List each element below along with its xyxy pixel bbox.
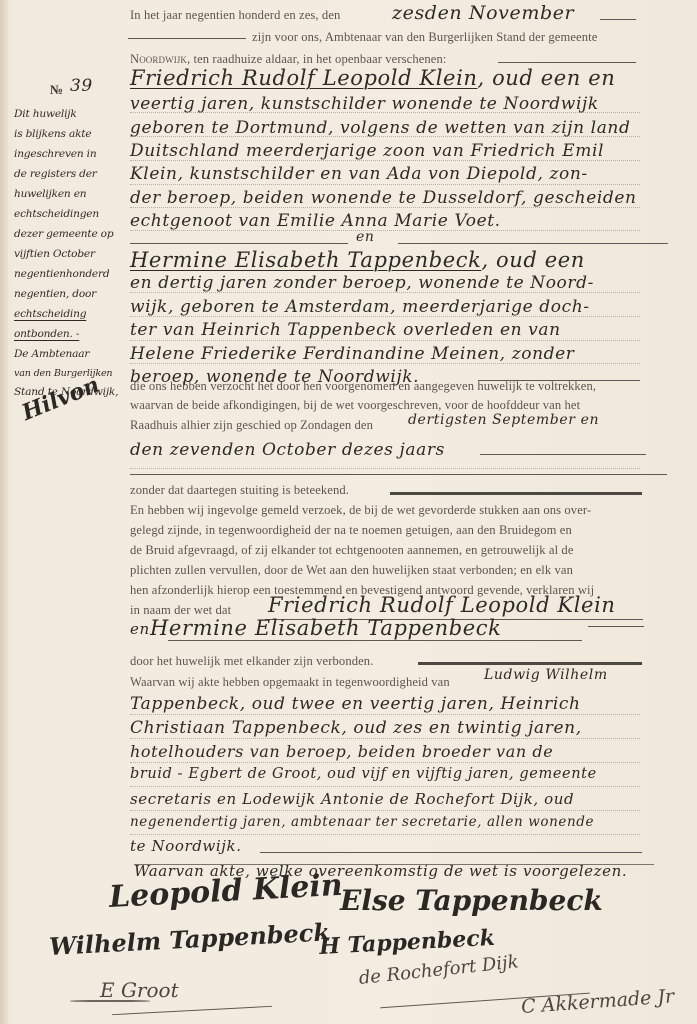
- signature-registrar: C Akkermade Jr: [520, 985, 674, 1018]
- separator-rule-right: [398, 243, 668, 244]
- groom-line6: der beroep, beiden wonende te Dusseldorf…: [130, 188, 637, 208]
- ruling: [130, 340, 640, 341]
- margin-note-line: Dit huwelijk: [14, 108, 77, 120]
- bride-line5: Helene Friederike Ferdinandine Meinen, z…: [130, 344, 575, 364]
- fill-rule: [260, 852, 642, 853]
- margin-note-line: echtscheidingen: [14, 208, 99, 220]
- witness-line4: bruid - Egbert de Groot, oud vijf en vij…: [130, 766, 597, 782]
- page-binding-edge: [0, 0, 8, 1024]
- printed-body-line4: plichten zullen vervullen, door de Wet a…: [130, 563, 573, 578]
- record-number: 39: [70, 76, 93, 96]
- printed-intro-line2: zijn voor ons, Ambtenaar van den Burgerl…: [252, 30, 597, 45]
- printed-body-line2: gelegd zijnde, in tegenwoordigheid der n…: [130, 523, 572, 538]
- banns-dates-line2: den zevenden October dezes jaars: [130, 440, 445, 460]
- witness-line3: hotelhouders van beroep, beiden broeder …: [130, 742, 553, 761]
- ruling: [130, 810, 640, 811]
- signature-witness-2: H Tappenbeck: [319, 925, 496, 960]
- couple-and: en: [130, 620, 150, 638]
- bride-name: Hermine Elisabeth Tappenbeck: [130, 248, 482, 272]
- witness-line1: Tappenbeck, oud twee en veertig jaren, H…: [130, 694, 581, 714]
- witness-line7: te Noordwijk.: [130, 837, 242, 855]
- printed-request-line3: Raadhuis alhier zijn geschied op Zondage…: [130, 418, 373, 433]
- underline-rule: [168, 640, 582, 641]
- ruling: [130, 184, 640, 185]
- bride-age: , oud een: [482, 248, 585, 272]
- witness-line5: secretaris en Lodewijk Antonie de Rochef…: [130, 790, 574, 808]
- printed-body-line3: de Bruid afgevraagd, of zij elkander tot…: [130, 543, 574, 558]
- margin-note-line: vijftien October: [14, 248, 95, 260]
- margin-signature: Hilvon: [18, 372, 103, 426]
- and-separator: en: [356, 229, 375, 245]
- printed-witnesses-intro: Waarvan wij akte hebben opgemaakt in teg…: [130, 675, 450, 690]
- margin-note-line: echtscheiding: [14, 308, 86, 320]
- fill-rule: [128, 38, 246, 39]
- separator-rule-left: [130, 243, 348, 244]
- groom-line1: Friedrich Rudolf Leopold Klein, oud een …: [130, 66, 615, 90]
- signature-flourish: [70, 1000, 150, 1002]
- margin-note-line: ingeschreven in: [14, 148, 96, 160]
- ruling: [130, 714, 640, 715]
- signature-witness-4: de Rochefort Dijk: [358, 951, 520, 989]
- ruling: [130, 786, 640, 787]
- margin-note-line: De Ambtenaar: [14, 348, 89, 360]
- hand-date: zesden November: [392, 2, 574, 24]
- margin-note-line: negentienhonderd: [14, 268, 109, 280]
- fill-rule: [480, 454, 646, 455]
- separator-rule: [130, 474, 667, 475]
- margin-note-line: huwelijken en: [14, 188, 86, 200]
- register-page: In het jaar negentien honderd en zes, de…: [0, 0, 697, 1024]
- printed-intro-line1: In het jaar negentien honderd en zes, de…: [130, 8, 340, 23]
- margin-note-line: de registers der: [14, 168, 97, 180]
- signature-witness-3: E Groot: [100, 978, 179, 1002]
- margin-note-line: van den Burgerlijken: [14, 368, 112, 379]
- fill-rule: [588, 626, 644, 627]
- groom-line4: Duitschland meerderjarige zoon van Fried…: [130, 141, 604, 161]
- signature-bride: Else Tappenbeck: [340, 884, 603, 917]
- printed-body-line1: En hebben wij ingevolge gemeld verzoek, …: [130, 503, 591, 518]
- closing-rule: [134, 864, 654, 865]
- signature-flourish: [112, 1006, 272, 1015]
- groom-age: , oud een en: [478, 66, 616, 90]
- fill-rule: [600, 19, 636, 20]
- printed-intro-line3: Noordwijk, ten raadhuize aldaar, in het …: [130, 52, 447, 67]
- margin-note-line: negentien, door: [14, 288, 96, 300]
- groom-name: Friedrich Rudolf Leopold Klein: [130, 66, 478, 90]
- bride-line2: en dertig jaren zonder beroep, wonende t…: [130, 273, 594, 293]
- printed-intro-line3-rest: , ten raadhuize aldaar, in het openbaar …: [187, 52, 447, 66]
- margin-note-line: dezer gemeente op: [14, 228, 113, 240]
- ruling: [130, 738, 640, 739]
- fill-rule: [390, 492, 642, 495]
- couple-bride: Hermine Elisabeth Tappenbeck: [150, 616, 502, 640]
- bride-line4: ter van Heinrich Tappenbeck overleden en…: [130, 320, 561, 340]
- groom-line2: veertig jaren, kunstschilder wonende te …: [130, 94, 599, 114]
- witness-start: Ludwig Wilhelm: [484, 667, 608, 683]
- printed-request-line2: waarvan de beide afkondigingen, bij de w…: [130, 398, 580, 413]
- municipality: Noordwijk: [130, 52, 187, 66]
- ruling: [130, 468, 640, 469]
- printed-no-objection: zonder dat daartegen stuiting is beteeke…: [130, 483, 349, 498]
- fill-rule: [498, 62, 636, 63]
- groom-line7: echtgenoot van Emilie Anna Marie Voet.: [130, 211, 501, 231]
- margin-note-line: is blijkens akte: [14, 128, 91, 140]
- bride-line1: Hermine Elisabeth Tappenbeck, oud een: [130, 248, 585, 272]
- fill-rule: [418, 662, 642, 665]
- couple-groom: Friedrich Rudolf Leopold Klein: [268, 593, 616, 617]
- witness-line2: Christiaan Tappenbeck, oud zes en twinti…: [130, 718, 582, 738]
- printed-request-line1: die ons hebben verzocht het door hen voo…: [130, 379, 596, 394]
- margin-note-line: ontbonden. -: [14, 328, 79, 340]
- signature-witness-1: Wilhelm Tappenbeck: [48, 917, 330, 961]
- ruling: [130, 834, 640, 835]
- bride-line3: wijk, geboren te Amsterdam, meerderjarig…: [130, 297, 590, 317]
- printed-joined: door het huwelijk met elkander zijn verb…: [130, 654, 373, 669]
- record-number-label: №: [50, 82, 63, 98]
- witness-line6: negenendertig jaren, ambtenaar ter secre…: [130, 814, 594, 830]
- groom-line5: Klein, kunstschilder en van Ada von Diep…: [130, 164, 588, 184]
- ruling: [130, 762, 640, 763]
- banns-dates-line1: dertigsten September en: [408, 412, 599, 428]
- groom-line3: geboren te Dortmund, volgens de wetten v…: [130, 118, 630, 138]
